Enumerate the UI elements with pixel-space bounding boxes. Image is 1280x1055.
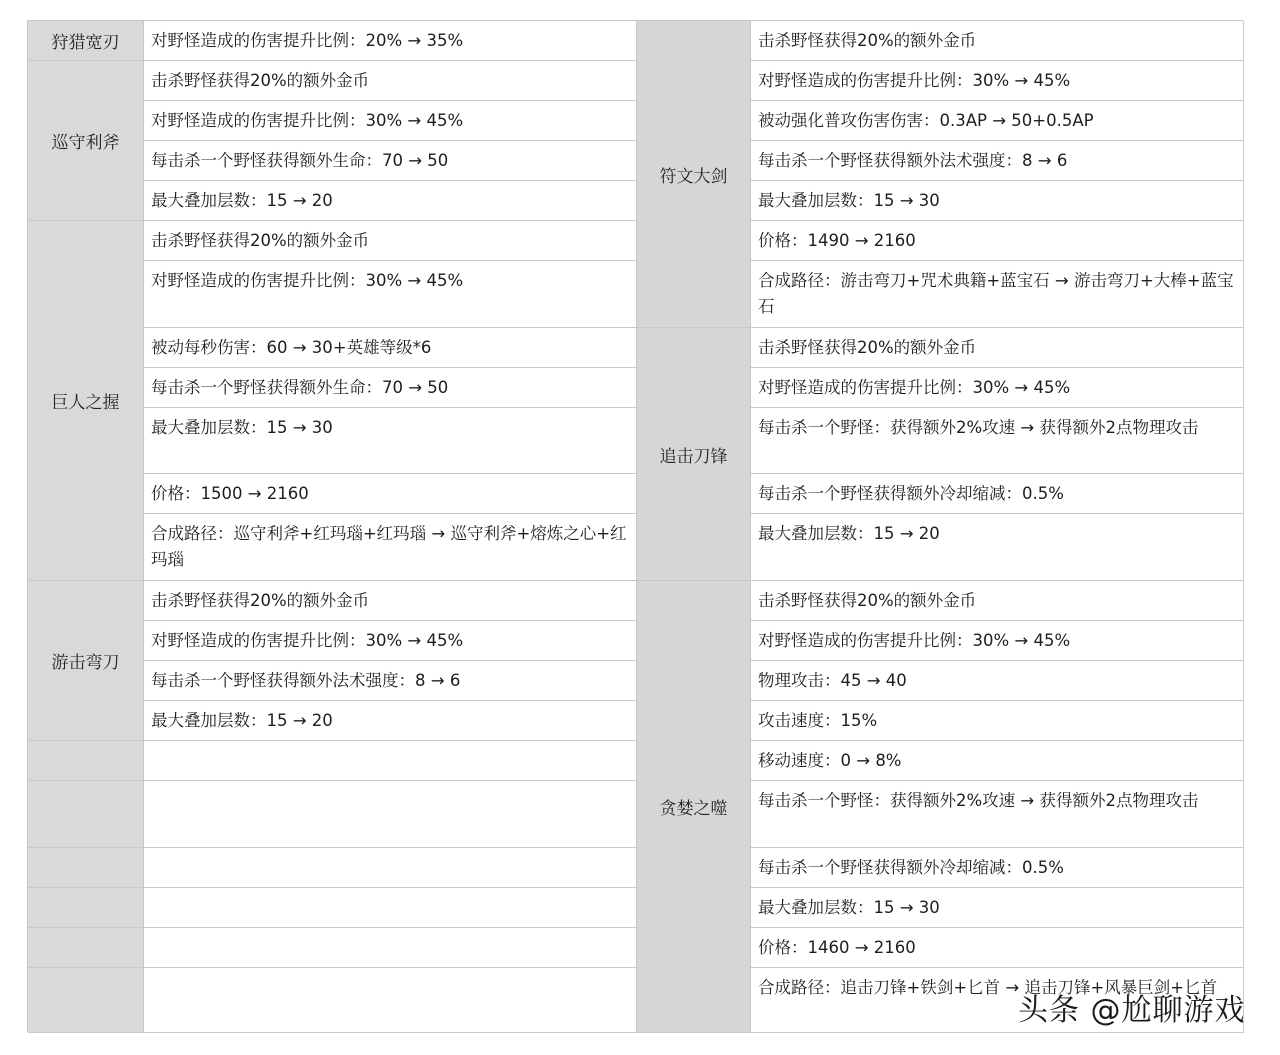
item-detail: 每击杀一个野怪获得额外法术强度：8 → 6 xyxy=(751,141,1244,181)
item-detail: 击杀野怪获得20%的额外金币 xyxy=(751,328,1244,368)
item-name-raider-scimitar: 游击弯刀 xyxy=(28,581,144,741)
item-detail: 被动每秒伤害：60 → 30+英雄等级*6 xyxy=(144,328,637,368)
item-detail: 最大叠加层数：15 → 20 xyxy=(144,701,637,741)
item-detail: 每击杀一个野怪获得额外生命：70 → 50 xyxy=(144,368,637,408)
item-name-giant-grip: 巨人之握 xyxy=(28,221,144,581)
item-detail: 价格：1490 → 2160 xyxy=(751,221,1244,261)
item-detail: 被动强化普攻伤害伤害：0.3AP → 50+0.5AP xyxy=(751,101,1244,141)
empty-detail-cell xyxy=(144,848,637,888)
item-detail: 攻击速度：15% xyxy=(751,701,1244,741)
item-detail: 对野怪造成的伤害提升比例：20% → 35% xyxy=(144,21,637,61)
item-detail: 每击杀一个野怪获得额外冷却缩减：0.5% xyxy=(751,474,1244,514)
empty-label-cell xyxy=(28,888,144,928)
item-detail: 击杀野怪获得20%的额外金币 xyxy=(144,221,637,261)
item-detail: 最大叠加层数：15 → 30 xyxy=(751,181,1244,221)
item-detail: 对野怪造成的伤害提升比例：30% → 45% xyxy=(751,61,1244,101)
item-name-hunting-blade: 狩猎宽刃 xyxy=(28,21,144,61)
item-detail: 每击杀一个野怪获得额外冷却缩减：0.5% xyxy=(751,848,1244,888)
item-detail: 最大叠加层数：15 → 20 xyxy=(144,181,637,221)
item-detail: 价格：1460 → 2160 xyxy=(751,928,1244,968)
empty-label-cell xyxy=(28,741,144,781)
item-name-greedy-devour: 贪婪之噬 xyxy=(637,581,751,1033)
item-detail: 对野怪造成的伤害提升比例：30% → 45% xyxy=(144,621,637,661)
empty-label-cell xyxy=(28,968,144,1033)
item-detail: 击杀野怪获得20%的额外金币 xyxy=(751,21,1244,61)
item-detail: 每击杀一个野怪：获得额外2%攻速 → 获得额外2点物理攻击 xyxy=(751,781,1244,848)
empty-label-cell xyxy=(28,781,144,848)
item-detail: 最大叠加层数：15 → 30 xyxy=(751,888,1244,928)
item-detail: 合成路径：巡守利斧+红玛瑙+红玛瑙 → 巡守利斧+熔炼之心+红玛瑙 xyxy=(144,514,637,581)
empty-detail-cell xyxy=(144,928,637,968)
item-detail: 物理攻击：45 → 40 xyxy=(751,661,1244,701)
empty-label-cell xyxy=(28,928,144,968)
item-detail: 对野怪造成的伤害提升比例：30% → 45% xyxy=(144,101,637,141)
item-detail: 对野怪造成的伤害提升比例：30% → 45% xyxy=(751,368,1244,408)
item-detail: 每击杀一个野怪获得额外生命：70 → 50 xyxy=(144,141,637,181)
item-detail: 击杀野怪获得20%的额外金币 xyxy=(144,61,637,101)
item-detail: 最大叠加层数：15 → 20 xyxy=(751,514,1244,581)
item-detail: 击杀野怪获得20%的额外金币 xyxy=(144,581,637,621)
item-detail: 每击杀一个野怪：获得额外2%攻速 → 获得额外2点物理攻击 xyxy=(751,408,1244,474)
empty-detail-cell xyxy=(144,781,637,848)
empty-detail-cell xyxy=(144,888,637,928)
item-detail: 移动速度：0 → 8% xyxy=(751,741,1244,781)
item-name-pursuit-blade: 追击刀锋 xyxy=(637,328,751,581)
item-name-rune-greatsword: 符文大剑 xyxy=(637,21,751,328)
item-detail: 对野怪造成的伤害提升比例：30% → 45% xyxy=(751,621,1244,661)
item-detail: 击杀野怪获得20%的额外金币 xyxy=(751,581,1244,621)
empty-detail-cell xyxy=(144,741,637,781)
item-detail: 最大叠加层数：15 → 30 xyxy=(144,408,637,474)
item-detail: 对野怪造成的伤害提升比例：30% → 45% xyxy=(144,261,637,328)
empty-label-cell xyxy=(28,848,144,888)
item-changes-table: 狩猎宽刃 对野怪造成的伤害提升比例：20% → 35% 巡守利斧 击杀野怪获得2… xyxy=(27,20,1243,1032)
item-detail: 每击杀一个野怪获得额外法术强度：8 → 6 xyxy=(144,661,637,701)
empty-detail-cell xyxy=(144,968,637,1033)
watermark: 头条 @尬聊游戏 xyxy=(1018,985,1246,1029)
item-detail: 价格：1500 → 2160 xyxy=(144,474,637,514)
item-name-patrol-axe: 巡守利斧 xyxy=(28,61,144,221)
item-detail: 合成路径：游击弯刀+咒术典籍+蓝宝石 → 游击弯刀+大棒+蓝宝石 xyxy=(751,261,1244,328)
